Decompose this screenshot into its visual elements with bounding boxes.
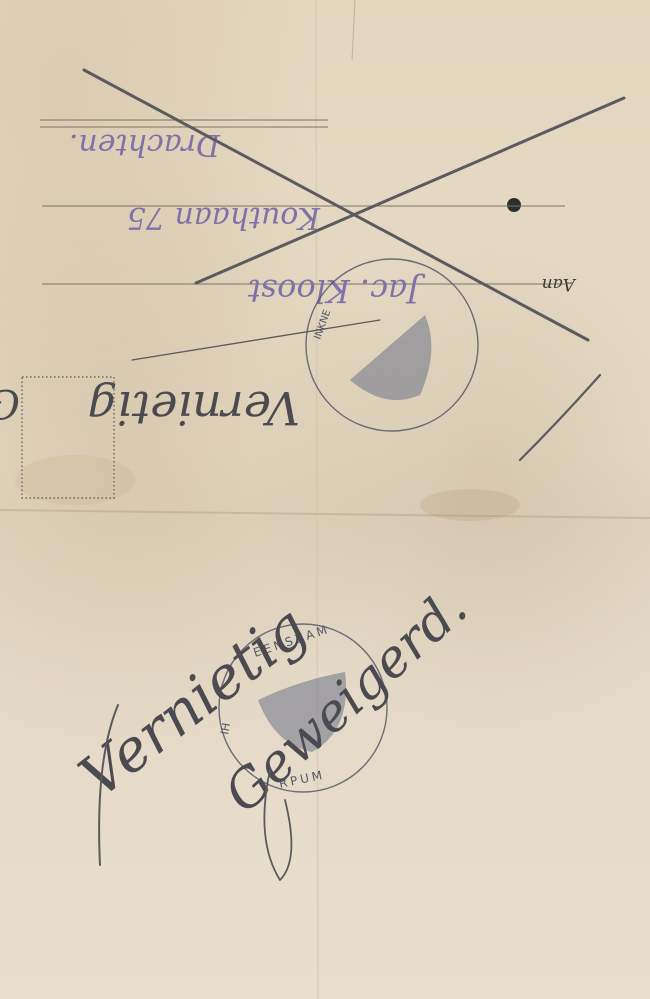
address-label-aan: Aan xyxy=(542,274,577,294)
document-page: Aan Drachten. Kouthaan 75 Jac. Kloost IN… xyxy=(0,0,650,999)
fold-crease-vertical xyxy=(316,0,318,999)
document-scan: Aan Drachten. Kouthaan 75 Jac. Kloost IN… xyxy=(0,0,650,999)
stamp-lower-text-left: IH xyxy=(218,722,233,736)
annotation-upper: Vernietig Grevigerd xyxy=(0,320,600,460)
stamp-upper-text: INKNE xyxy=(312,308,333,341)
address-line-name: Jac. Kloost xyxy=(248,272,426,310)
shield-emblem-icon xyxy=(350,315,431,400)
fold-crease-horizontal xyxy=(0,510,650,518)
address-line-street: Kouthaan 75 xyxy=(127,200,321,235)
annotation-upper-line2: Grevigerd xyxy=(0,380,20,426)
annotation-upper-line1: Vernietig xyxy=(88,381,300,435)
ink-blot xyxy=(507,198,521,212)
address-handwriting: Drachten. Kouthaan 75 Jac. Kloost xyxy=(69,127,426,310)
annotation-lower: Vernietig Geweigerd. xyxy=(67,577,479,880)
